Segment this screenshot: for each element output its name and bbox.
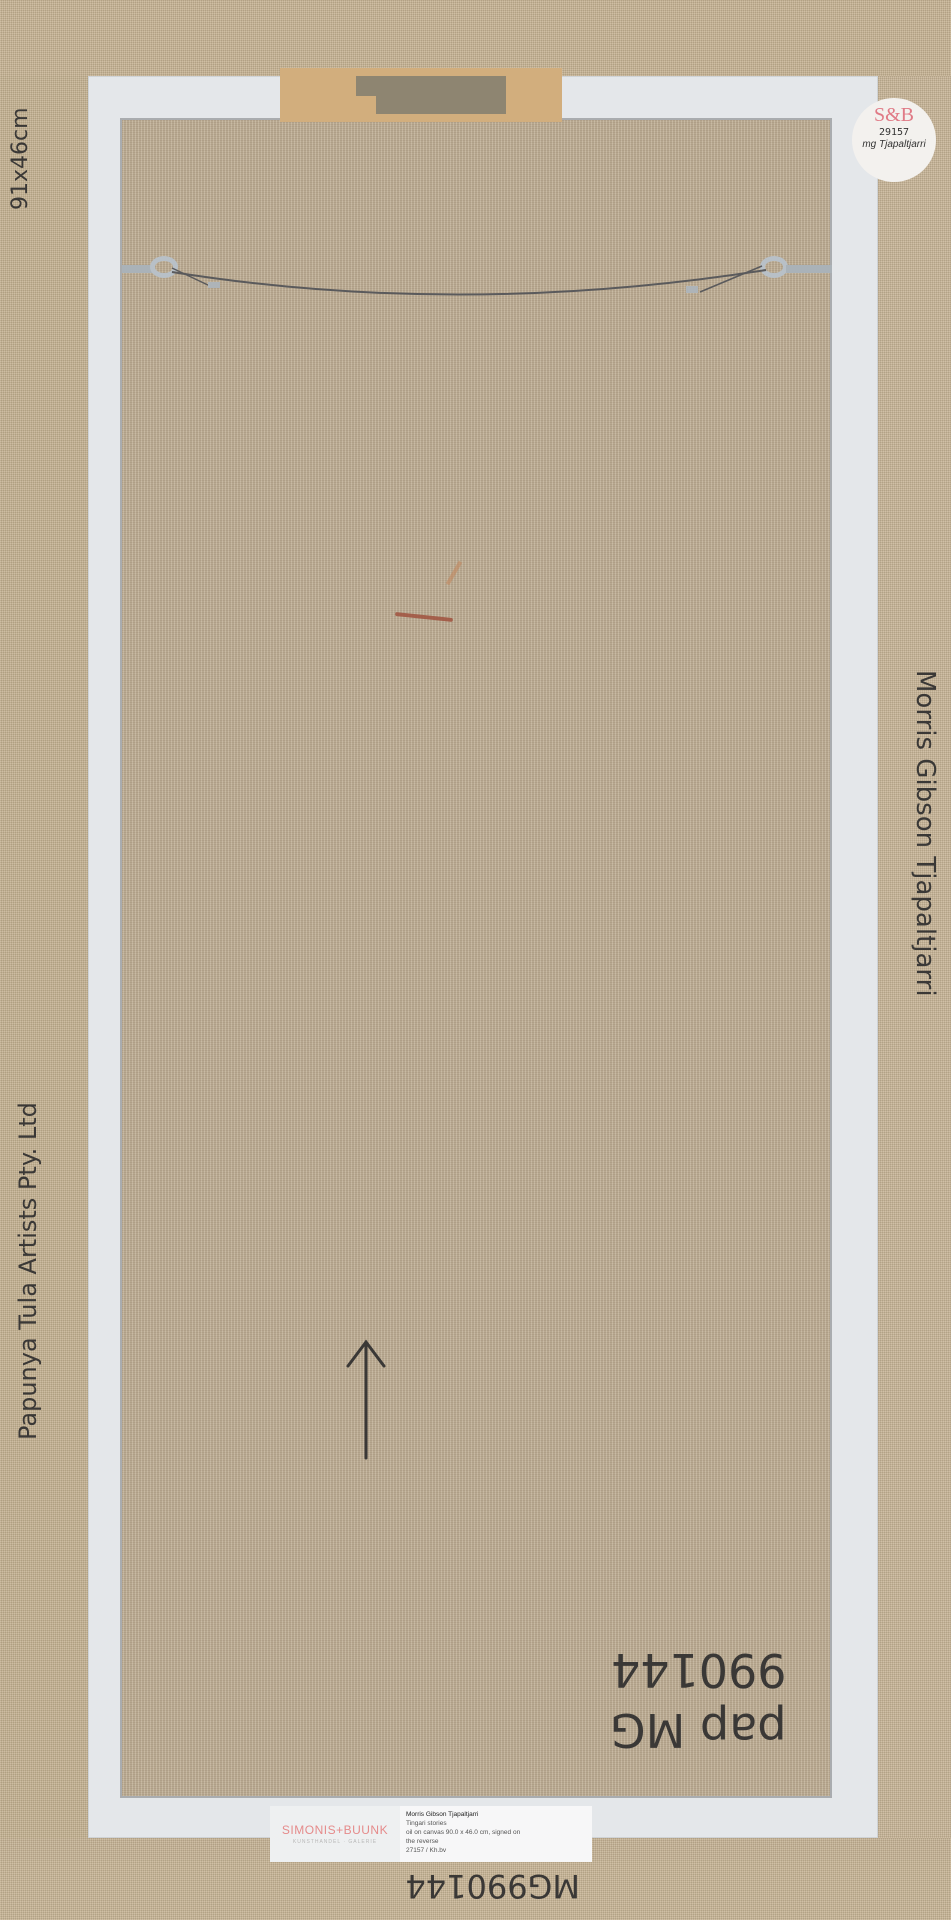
label-info: Morris Gibson Tjapaltjarri Tingari stori…: [400, 1806, 592, 1862]
handwritten-artist: Morris Gibson Tjapaltjarri: [910, 670, 940, 997]
handwritten-catalogue-code: pap MG 990144: [610, 1640, 787, 1760]
hanging-wire: [0, 0, 951, 400]
catalogue-code-line1: pap MG: [610, 1700, 787, 1760]
brand-name: SIMONIS+BUUNK: [282, 1823, 388, 1837]
handwritten-gallery: Papunya Tula Artists Pty. Ltd: [14, 1102, 42, 1440]
label-brand: SIMONIS+BUUNK KUNSTHANDEL · GALERIE: [270, 1806, 400, 1862]
label-medium-cont: the reverse: [406, 1837, 586, 1846]
brand-subtitle: KUNSTHANDEL · GALERIE: [293, 1839, 377, 1845]
label-reference: 27157 / Kh.bv: [406, 1846, 586, 1855]
handwritten-bottom-code: MG990144: [405, 1867, 580, 1905]
gallery-label: SIMONIS+BUUNK KUNSTHANDEL · GALERIE Morr…: [270, 1806, 592, 1862]
label-artist: Morris Gibson Tjapaltjarri: [406, 1810, 586, 1819]
catalogue-code-line2: 990144: [610, 1640, 787, 1700]
up-arrow-icon: [342, 1336, 392, 1466]
handwritten-dimensions: 91x46cm: [8, 107, 33, 210]
label-title: Tingari stories: [406, 1819, 586, 1828]
label-medium: oil on canvas 90.0 x 46.0 cm, signed on: [406, 1828, 586, 1837]
